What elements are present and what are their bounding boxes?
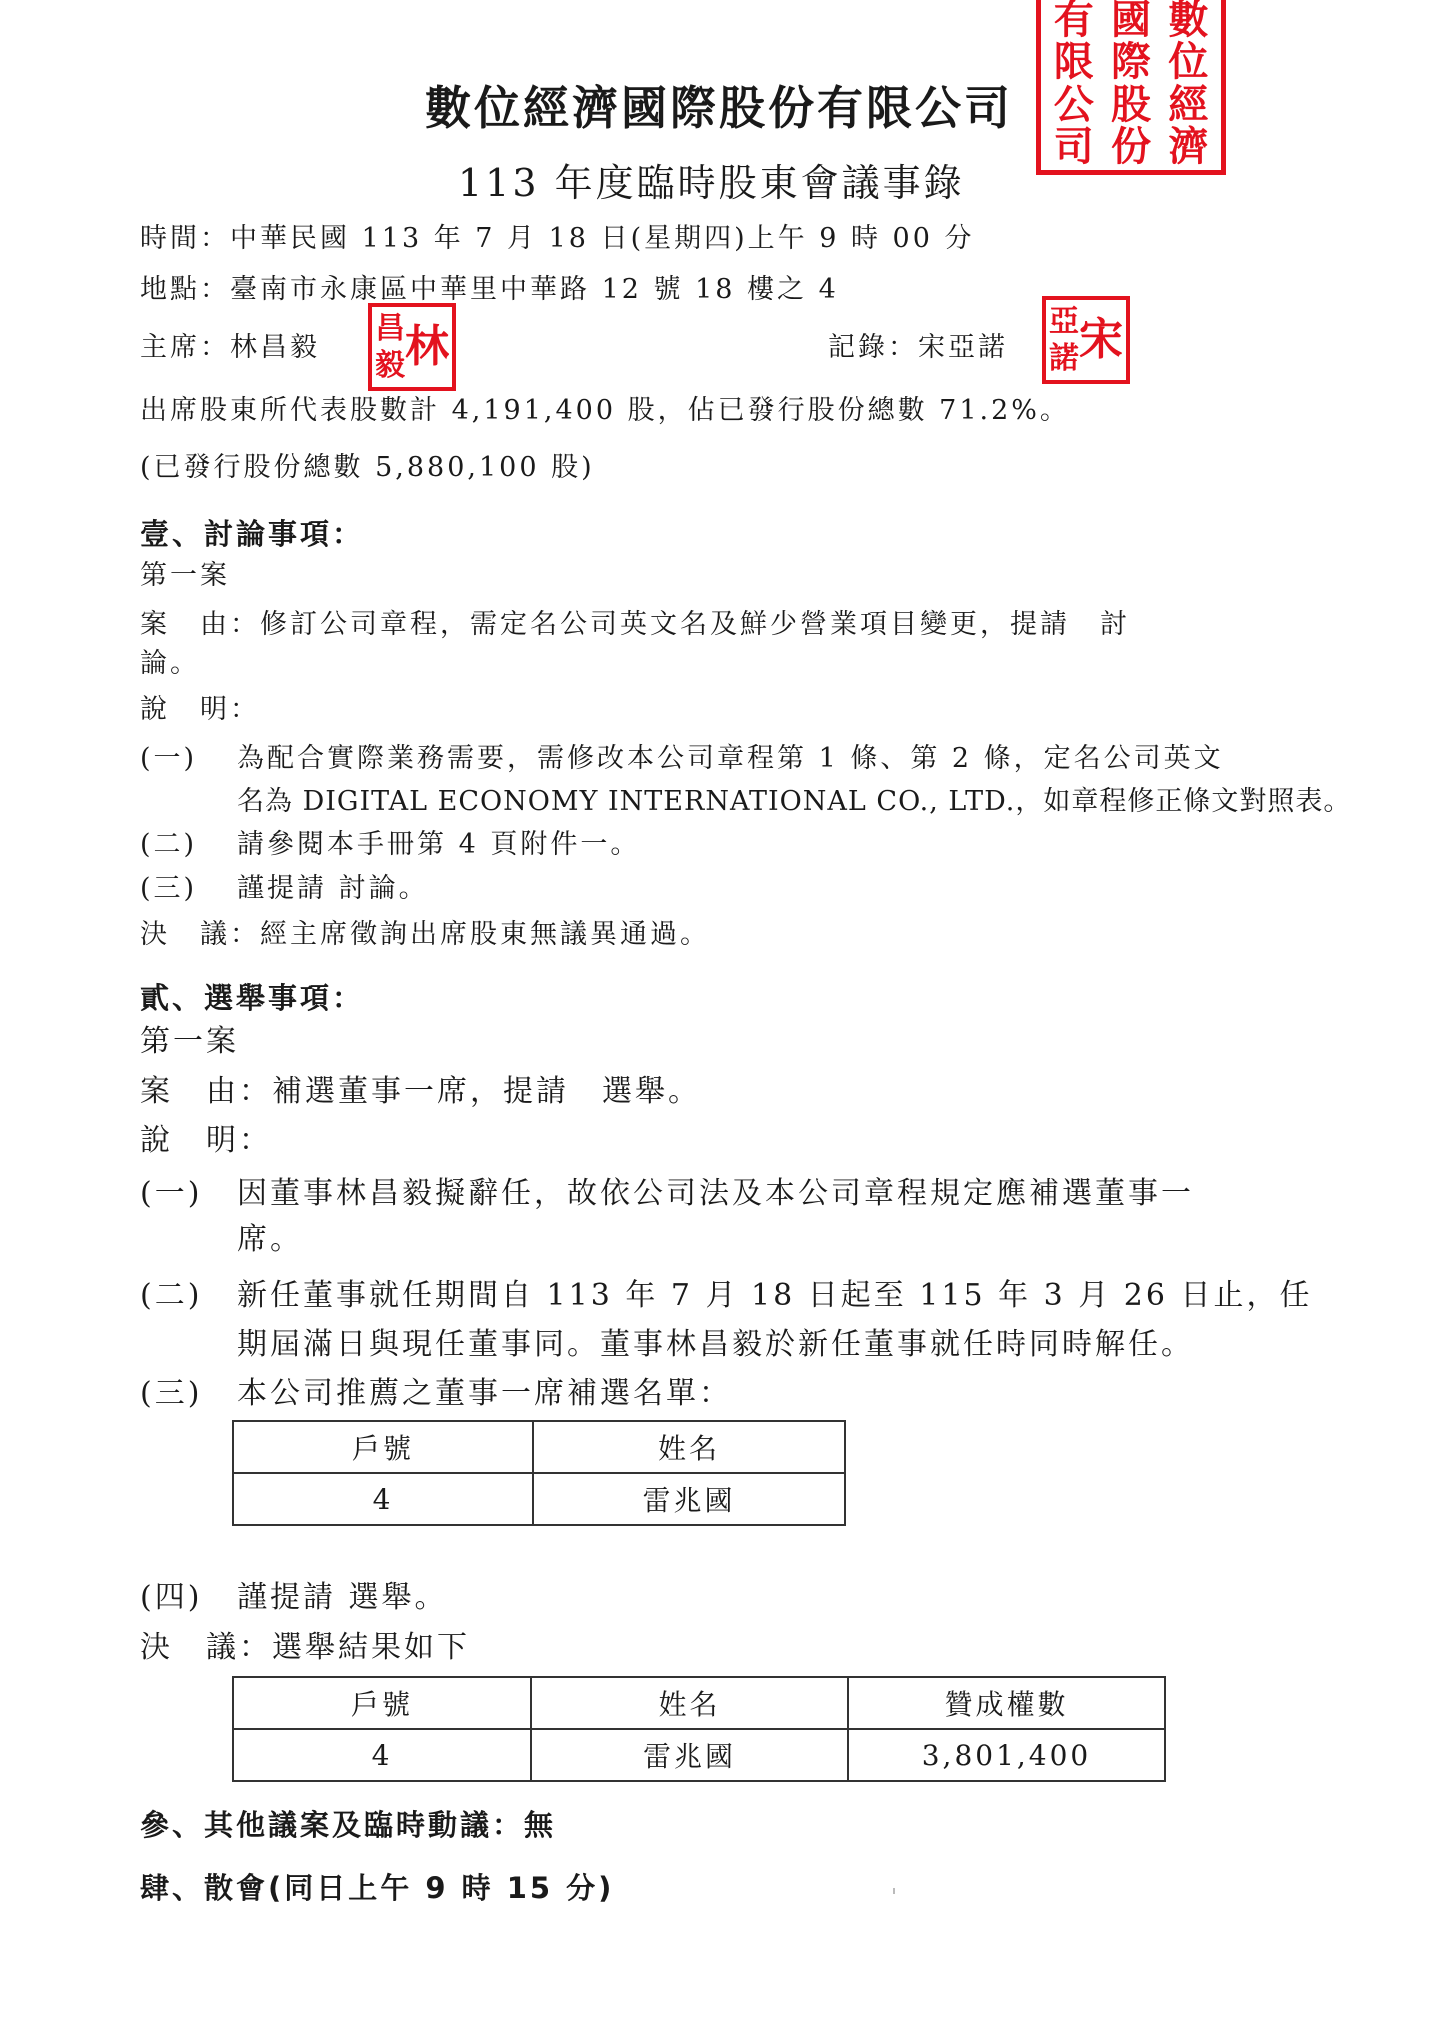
seal-char: 公	[1045, 84, 1102, 126]
meeting-location: 地點：臺南市永康區中華里中華路 12 號 18 樓之 4	[140, 273, 839, 307]
section1-item-text: 請參閱本手冊第 4 頁附件一。	[237, 828, 640, 862]
section2-item-marker: (四)	[140, 1581, 202, 1615]
section2-item-text: 新任董事就任期間自 113 年 7 月 18 日起至 115 年 3 月 26 …	[237, 1279, 1312, 1313]
seal-char: 位	[1160, 41, 1217, 83]
section2-item-text: 謹提請 選舉。	[237, 1581, 448, 1615]
table-header-row: 戶號 姓名 贊成權數	[233, 1677, 1165, 1729]
seal-char: 昌	[375, 310, 405, 347]
section1-reason: 案 由：修訂公司章程，需定名公司英文名及鮮少營業項目變更，提請 討	[140, 608, 1130, 642]
section1-item-marker: (三)	[140, 872, 197, 906]
meeting-chair: 主席：林昌毅	[140, 331, 320, 365]
section2-reason: 案 由：補選董事一席，提請 選舉。	[140, 1075, 701, 1109]
table-header-cell: 贊成權數	[848, 1677, 1165, 1729]
table-cell: 4	[233, 1473, 533, 1525]
section1-case: 第一案	[140, 559, 230, 593]
section4-heading: 肆、散會(同日上午 9 時 15 分)	[140, 1866, 614, 1907]
attendance-summary: 出席股東所代表股數計 4,191,400 股，佔已發行股份總數 71.2%。	[140, 394, 1070, 428]
table-header-cell: 戶號	[233, 1677, 531, 1729]
section2-item-marker: (二)	[140, 1279, 202, 1313]
seal-char: 司	[1045, 126, 1102, 168]
issued-shares-total: (已發行股份總數 5,880,100 股)	[140, 451, 595, 485]
table-header-cell: 戶號	[233, 1421, 533, 1473]
section2-item-marker: (三)	[140, 1377, 202, 1411]
table-cell: 4	[233, 1729, 531, 1781]
section1-explanation-label: 說 明：	[140, 693, 260, 727]
seal-char: 際	[1102, 41, 1159, 83]
seal-char: 有	[1045, 0, 1102, 41]
meeting-recorder: 記錄：宋亞諾	[828, 331, 1008, 365]
section3-heading: 參、其他議案及臨時動議：無	[140, 1803, 556, 1844]
seal-char: 濟	[1160, 126, 1217, 168]
seal-char: 毅	[375, 347, 405, 384]
scan-speck	[893, 1888, 895, 1894]
section2-item-text: 因董事林昌毅擬辭任，故依公司法及本公司章程規定應補選董事一	[237, 1177, 1194, 1211]
section2-explanation-label: 說 明：	[140, 1124, 272, 1158]
section1-item-text: 謹提請 討論。	[237, 872, 429, 906]
seal-char: 國	[1102, 0, 1159, 41]
election-result-table: 戶號 姓名 贊成權數 4 雷兆國 3,801,400	[232, 1676, 1166, 1782]
section1-item-text-cont: 名為 DIGITAL ECONOMY INTERNATIONAL CO., LT…	[237, 785, 1351, 819]
seal-char: 數	[1160, 0, 1217, 41]
company-name: 數位經濟國際股份有限公司	[425, 72, 1013, 138]
section2-heading: 貳、選舉事項：	[140, 976, 364, 1017]
table-row: 4 雷兆國	[233, 1473, 845, 1525]
nominee-table: 戶號 姓名 4 雷兆國	[232, 1420, 846, 1526]
section2-item-text-cont: 席。	[237, 1223, 303, 1257]
company-seal-stamp: 數 位 經 濟 國 際 股 份 有 限 公 司	[1036, 0, 1226, 175]
seal-char: 股	[1102, 84, 1159, 126]
section1-heading: 壹、討論事項：	[140, 512, 364, 553]
section2-item-marker: (一)	[140, 1177, 202, 1211]
seal-char: 諾	[1049, 340, 1079, 377]
seal-char: 林	[405, 310, 449, 384]
meeting-time: 時間：中華民國 113 年 7 月 18 日(星期四)上午 9 時 00 分	[140, 222, 975, 256]
section1-item-marker: (二)	[140, 828, 197, 862]
table-row: 4 雷兆國 3,801,400	[233, 1729, 1165, 1781]
seal-char: 宋	[1079, 303, 1123, 377]
section1-item-text: 為配合實際業務需要，需修改本公司章程第 1 條、第 2 條，定名公司英文	[237, 742, 1224, 776]
seal-char: 份	[1102, 126, 1159, 168]
chair-seal-stamp: 林 昌 毅	[368, 303, 456, 391]
section2-resolution: 決 議：選舉結果如下	[140, 1631, 470, 1665]
seal-char: 亞	[1049, 303, 1079, 340]
section1-reason-cont: 論。	[140, 647, 200, 681]
table-header-row: 戶號 姓名	[233, 1421, 845, 1473]
document-title: 113 年度臨時股東會議事錄	[458, 152, 965, 207]
recorder-seal-stamp: 宋 亞 諾	[1042, 296, 1130, 384]
seal-char: 限	[1045, 41, 1102, 83]
table-cell: 雷兆國	[533, 1473, 845, 1525]
table-cell: 3,801,400	[848, 1729, 1165, 1781]
section2-item-text: 本公司推薦之董事一席補選名單：	[237, 1377, 732, 1411]
table-cell: 雷兆國	[531, 1729, 848, 1781]
section2-item-text-cont: 期屆滿日與現任董事同。董事林昌毅於新任董事就任時同時解任。	[237, 1328, 1194, 1362]
table-header-cell: 姓名	[533, 1421, 845, 1473]
section1-item-marker: (一)	[140, 742, 197, 776]
section1-resolution: 決 議：經主席徵詢出席股東無議異通過。	[140, 918, 710, 952]
section2-case: 第一案	[140, 1025, 239, 1059]
seal-char: 經	[1160, 84, 1217, 126]
table-header-cell: 姓名	[531, 1677, 848, 1729]
